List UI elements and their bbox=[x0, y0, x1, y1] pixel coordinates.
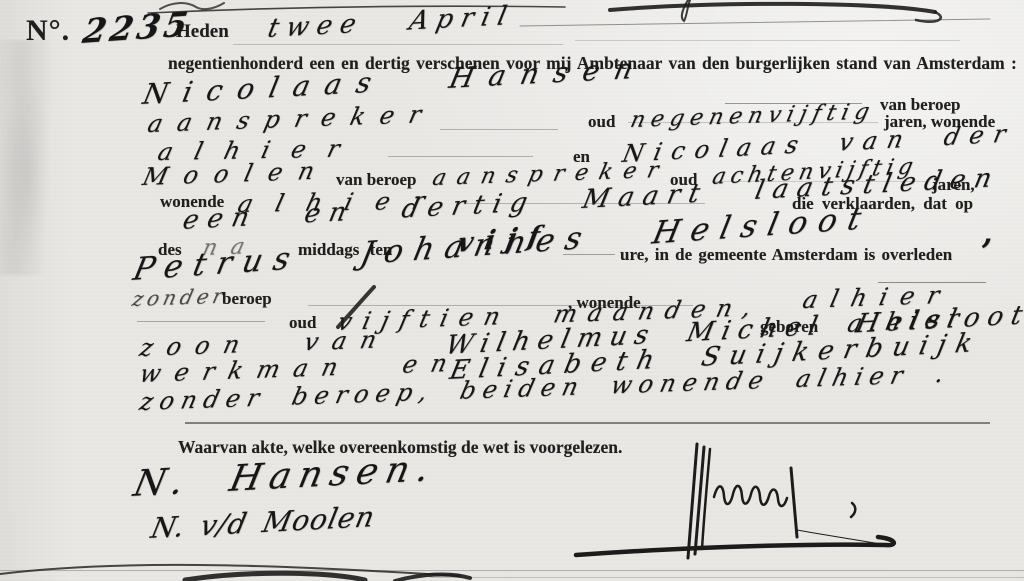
section-divider-rule bbox=[185, 422, 990, 424]
filler-line bbox=[563, 254, 615, 255]
akte-number-label: N°. bbox=[26, 14, 70, 48]
official-signature bbox=[576, 444, 894, 558]
signature-declarant1: N. Hansen. bbox=[130, 448, 441, 505]
bottom-rule bbox=[0, 570, 1024, 571]
bottom-rule-2 bbox=[430, 577, 1024, 578]
death-date-comma: , bbox=[982, 216, 992, 251]
filler-line bbox=[233, 44, 563, 45]
filler-line bbox=[878, 282, 986, 283]
filler-line bbox=[465, 203, 705, 204]
hw-zonder: zonder bbox=[130, 284, 229, 311]
filler-line bbox=[712, 181, 927, 182]
akte-number: 2235 bbox=[80, 4, 195, 51]
signature-declarant2: N. v/d Moolen bbox=[148, 500, 378, 545]
filler-line bbox=[308, 305, 693, 306]
filler-line bbox=[628, 122, 878, 123]
filler-line bbox=[725, 103, 862, 104]
left-margin-smudge bbox=[0, 40, 62, 275]
filler-line bbox=[575, 40, 960, 41]
declarant2-name-line2: Moolen bbox=[140, 156, 333, 191]
bottom-cutoff-handwriting bbox=[0, 565, 470, 581]
filler-line bbox=[388, 156, 533, 157]
printed-oud-1: oud bbox=[588, 112, 615, 132]
death-certificate-scan: N°. Heden negentienhonderd een en dertig… bbox=[0, 0, 1024, 581]
filler-line bbox=[440, 129, 558, 130]
printed-beroep: beroep bbox=[222, 289, 272, 309]
hw-date: twee April bbox=[265, 1, 517, 44]
filler-line bbox=[137, 321, 265, 322]
